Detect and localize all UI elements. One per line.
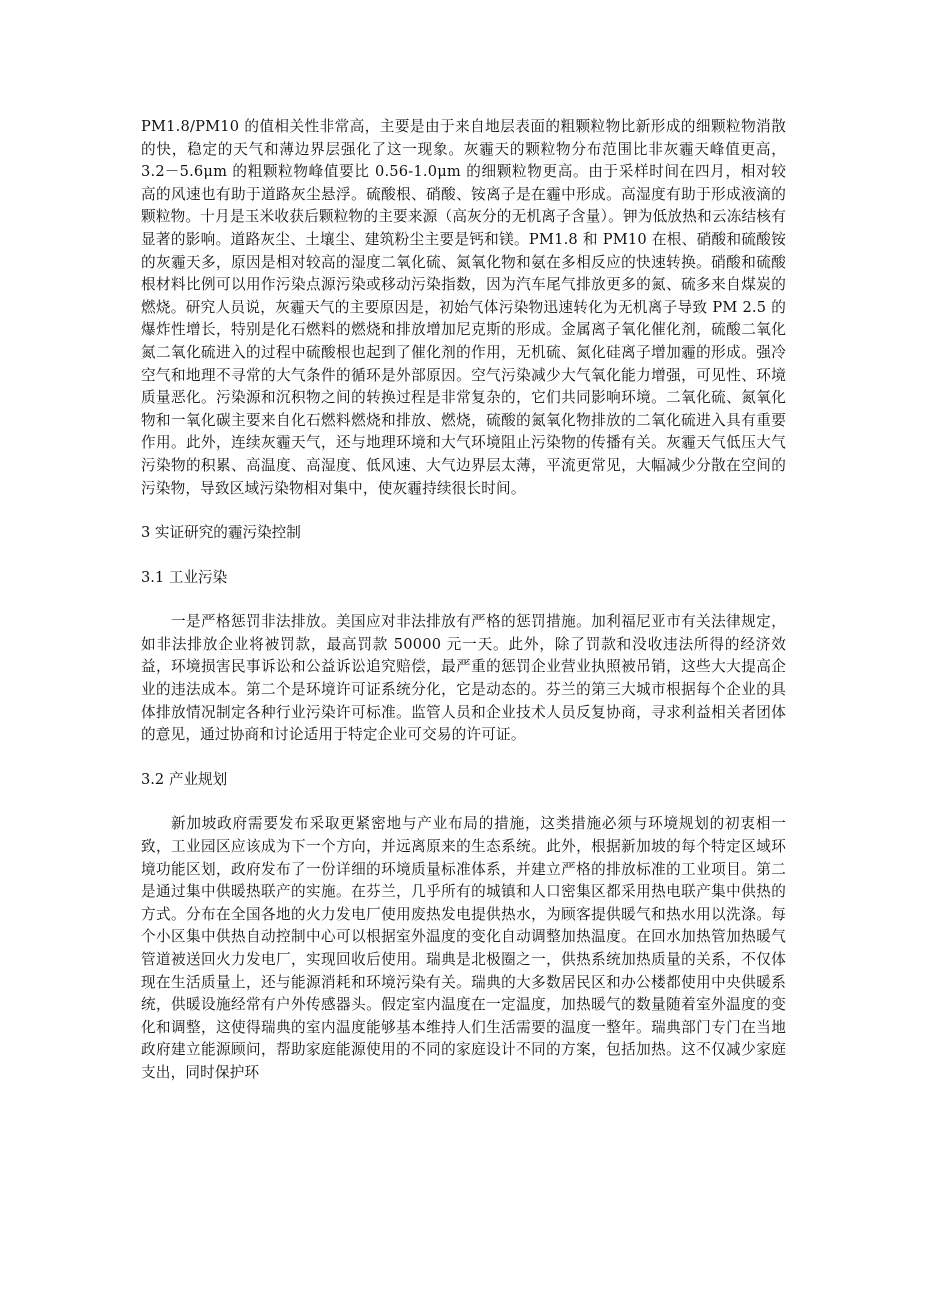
paragraph-industrial-pollution: 一是严格惩罚非法排放。美国应对非法排放有严格的惩罚措施。加利福尼亚市有关法律规定…: [141, 611, 786, 747]
spacer: [141, 747, 786, 769]
paragraph-industrial-planning: 新加坡政府需要发布采取更紧密地与产业布局的措施，这类措施必须与环境规划的初衷相一…: [141, 813, 786, 1084]
spacer: [141, 545, 786, 567]
section-heading-3-1: 3.1 工业污染: [141, 567, 786, 590]
paragraph-haze-causes: PM1.8/PM10 的值相关性非常高，主要是由于来自地层表面的粗颗粒物比新形成…: [141, 116, 786, 500]
spacer: [141, 500, 786, 522]
spacer: [141, 791, 786, 813]
document-page: PM1.8/PM10 的值相关性非常高，主要是由于来自地层表面的粗颗粒物比新形成…: [141, 116, 786, 1085]
section-heading-3-2: 3.2 产业规划: [141, 769, 786, 792]
spacer: [141, 589, 786, 611]
section-heading-3: 3 实证研究的霾污染控制: [141, 522, 786, 545]
